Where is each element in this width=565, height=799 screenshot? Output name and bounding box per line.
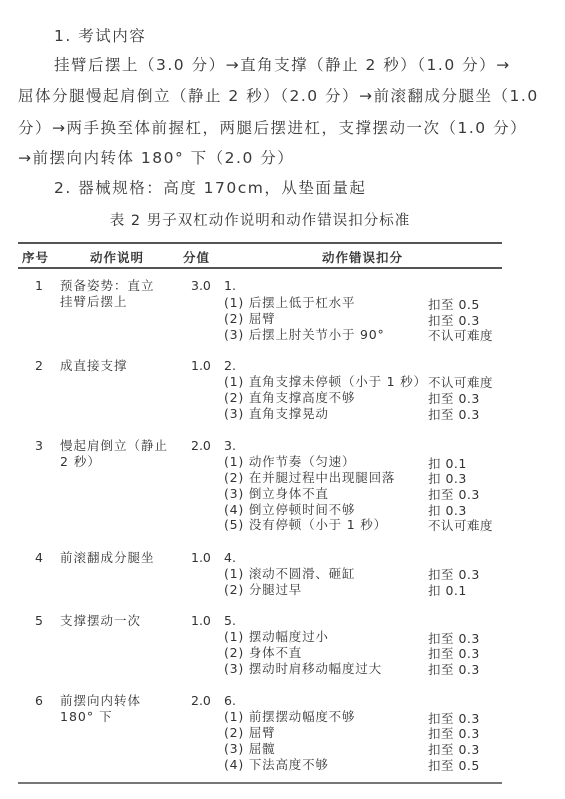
error-item: (2) 身体不直	[224, 645, 302, 661]
header-errors: 动作错误扣分	[322, 248, 403, 266]
error-deduction: 扣至 0.5	[428, 297, 480, 313]
row-score: 2.0	[191, 693, 211, 709]
error-deduction: 扣至 0.3	[428, 391, 480, 407]
paragraph-line-1: 挂臂后摆上（3.0 分）→直角支撑（静止 2 秒）（1.0 分）→	[54, 53, 511, 75]
row-description-line: 前滚翻成分腿坐	[60, 550, 155, 566]
row-error-index: 6.	[224, 693, 236, 709]
row-score: 2.0	[191, 438, 211, 454]
error-deduction: 扣至 0.3	[428, 631, 480, 647]
error-deduction: 不认可难度	[428, 518, 493, 534]
error-item: (3) 后摆上肘关节小于 90°	[224, 327, 385, 343]
table-top-rule	[18, 242, 502, 244]
error-deduction: 扣至 0.3	[428, 646, 480, 662]
row-error-index: 4.	[224, 550, 236, 566]
row-score: 3.0	[191, 278, 211, 294]
row-serial: 2	[35, 358, 43, 374]
error-item: (4) 倒立停顿时间不够	[224, 502, 355, 518]
error-deduction: 扣 0.1	[428, 583, 467, 599]
error-item: (3) 摆动时肩移动幅度过大	[224, 661, 382, 677]
table-bottom-rule	[18, 782, 502, 784]
error-item: (1) 滚动不圆滑、砸缸	[224, 566, 355, 582]
row-description-line: 前摆向内转体	[60, 693, 141, 709]
row-serial: 3	[35, 438, 43, 454]
paragraph-line-4: →前摆向内转体 180° 下（2.0 分）	[18, 146, 294, 168]
error-deduction: 不认可难度	[428, 375, 493, 391]
error-deduction: 扣至 0.3	[428, 726, 480, 742]
error-item: (1) 后摆上低于杠水平	[224, 295, 355, 311]
row-description-line: 慢起肩倒立（静止	[60, 438, 168, 454]
section-heading-equipment-spec: 2. 器械规格：高度 170cm，从垫面量起	[54, 176, 366, 198]
row-score: 1.0	[191, 613, 211, 629]
row-description-line: 支撑摆动一次	[60, 613, 141, 629]
error-item: (2) 分腿过早	[224, 582, 302, 598]
error-deduction: 不认可难度	[428, 328, 493, 344]
row-error-index: 5.	[224, 613, 236, 629]
error-item: (1) 前摆摆动幅度不够	[224, 709, 355, 725]
error-item: (3) 屈髋	[224, 741, 275, 757]
error-item: (2) 在并腿过程中出现腿回落	[224, 470, 395, 486]
error-deduction: 扣至 0.3	[428, 487, 480, 503]
row-error-index: 1.	[224, 278, 236, 294]
paragraph-line-3: 分）→两手换至体前握杠，两腿后摆进杠，支撑摆动一次（1.0 分）	[18, 116, 527, 138]
error-item: (2) 直角支撑高度不够	[224, 390, 355, 406]
error-item: (1) 直角支撑未停顿（小于 1 秒）	[224, 374, 427, 390]
row-serial: 4	[35, 550, 43, 566]
error-deduction: 扣至 0.3	[428, 407, 480, 423]
row-description-line: 180° 下	[60, 709, 113, 725]
error-item: (2) 屈臂	[224, 725, 275, 741]
error-deduction: 扣至 0.3	[428, 313, 480, 329]
row-serial: 5	[35, 613, 43, 629]
row-description-line: 成直接支撑	[60, 358, 128, 374]
error-item: (2) 屈臂	[224, 311, 275, 327]
error-item: (1) 摆动幅度过小	[224, 629, 329, 645]
row-description-line: 挂臂后摆上	[60, 294, 128, 310]
row-serial: 6	[35, 693, 43, 709]
row-serial: 1	[35, 278, 43, 294]
error-deduction: 扣 0.1	[428, 456, 467, 472]
error-deduction: 扣至 0.3	[428, 662, 480, 678]
row-description-line: 预备姿势：直立	[60, 278, 155, 294]
error-item: (1) 动作节奏（匀速）	[224, 454, 355, 470]
row-description-line: 2 秒）	[60, 454, 101, 470]
paragraph-line-2: 屈体分腿慢起肩倒立（静止 2 秒）（2.0 分）→前滚翻成分腿坐（1.0	[18, 84, 539, 106]
error-item: (3) 倒立身体不直	[224, 486, 329, 502]
row-score: 1.0	[191, 358, 211, 374]
table-caption: 表 2 男子双杠动作说明和动作错误扣分标准	[0, 209, 520, 230]
error-deduction: 扣至 0.5	[428, 758, 480, 774]
error-item: (3) 直角支撑晃动	[224, 406, 329, 422]
table-header-rule	[18, 267, 502, 269]
error-deduction: 扣 0.3	[428, 471, 467, 487]
row-error-index: 3.	[224, 438, 236, 454]
row-score: 1.0	[191, 550, 211, 566]
error-item: (4) 下法高度不够	[224, 757, 329, 773]
error-deduction: 扣至 0.3	[428, 567, 480, 583]
section-heading-exam-content: 1. 考试内容	[54, 24, 146, 46]
error-deduction: 扣至 0.3	[428, 711, 480, 727]
row-error-index: 2.	[224, 358, 236, 374]
error-item: (5) 没有停顿（小于 1 秒）	[224, 517, 387, 533]
header-description: 动作说明	[90, 248, 144, 266]
header-serial: 序号	[22, 248, 49, 266]
error-deduction: 扣 0.3	[428, 503, 467, 519]
error-deduction: 扣至 0.3	[428, 742, 480, 758]
header-score: 分值	[183, 248, 210, 266]
